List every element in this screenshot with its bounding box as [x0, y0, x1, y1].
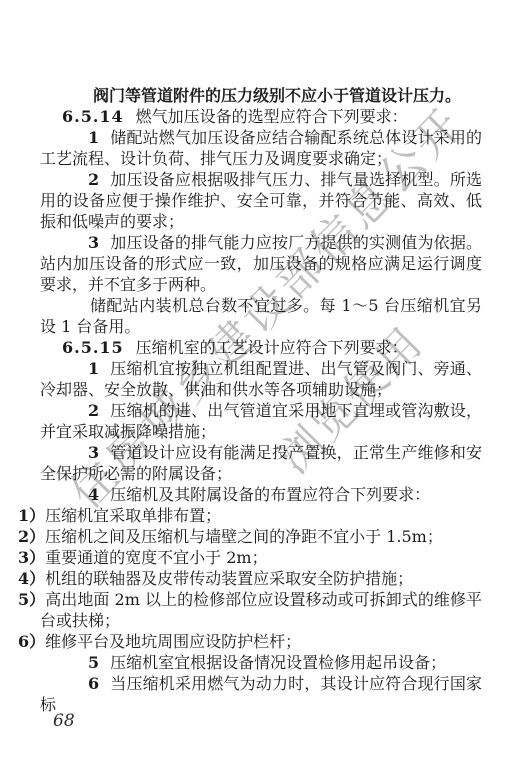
- subitem-text: 压缩机之间及压缩机与墙壁之间的净距不宜小于 1.5m；: [45, 527, 443, 546]
- subitem-number: 1）: [18, 506, 45, 525]
- clause-number: 6.5.14: [62, 107, 124, 126]
- subitem-text: 高出地面 2m 以上的检修部位应设置移动或可拆卸式的维修平台或扶梯；: [40, 590, 482, 630]
- clause-6-5-15-item-4-sub-3: 3）重要通道的宽度不宜小于 2m；: [40, 547, 482, 568]
- clause-6-5-14-item-3: 3加压设备的排气能力应按厂方提供的实测值为依据。站内加压设备的形式应一致，加压设…: [40, 232, 482, 295]
- item-number: 3: [88, 443, 99, 462]
- subitem-text: 机组的联轴器及皮带传动装置应采取安全防护措施；: [45, 569, 413, 588]
- item-number: 2: [88, 401, 99, 420]
- subitem-text: 压缩机宜采取单排布置；: [45, 506, 221, 525]
- item-number: 5: [88, 653, 99, 672]
- clause-6-5-15-item-3: 3管道设计应设有能满足投产置换，正常生产维修和安全保护所必需的附属设备；: [40, 442, 482, 484]
- subitem-number: 3）: [18, 548, 45, 567]
- item-number: 1: [88, 359, 99, 378]
- subitem-text: 维修平台及地坑周围应设防护栏杆；: [45, 632, 301, 651]
- item-number: 1: [88, 128, 99, 147]
- item-number: 2: [88, 170, 99, 189]
- item-number: 4: [88, 485, 99, 504]
- subitem-number: 2）: [18, 527, 45, 546]
- subitem-number: 5）: [18, 590, 45, 609]
- item-text: 压缩机及其附属设备的布置应符合下列要求：: [110, 485, 430, 504]
- clause-6-5-15-item-4-sub-2: 2）压缩机之间及压缩机与墙壁之间的净距不宜小于 1.5m；: [40, 526, 482, 547]
- clause-6-5-15-item-4-sub-1: 1）压缩机宜采取单排布置；: [40, 505, 482, 526]
- clause-6-5-14-note: 储配站内装机总台数不宜过多。每 1～5 台压缩机宜另设 1 台备用。: [40, 295, 482, 337]
- item-text: 加压设备的排气能力应按厂方提供的实测值为依据。站内加压设备的形式应一致，加压设备…: [40, 233, 482, 294]
- clause-6-5-15-item-4-sub-6: 6）维修平台及地坑周围应设防护栏杆；: [40, 631, 482, 652]
- item-text: 加压设备应根据吸排气压力、排气量选择机型。所选用的设备应便于操作维护、安全可靠，…: [40, 170, 482, 231]
- item-number: 6: [88, 674, 99, 693]
- clause-6-5-15-item-5: 5压缩机室宜根据设备情况设置检修用起吊设备；: [40, 652, 482, 673]
- clause-number: 6.5.15: [62, 338, 124, 357]
- document-page: 住房城乡建设部信息公开 浏览使用 阀门等管道附件的压力级别不应小于管道设计压力。…: [0, 0, 529, 766]
- clause-text: 压缩机室的工艺设计应符合下列要求：: [136, 338, 408, 357]
- clause-6-5-15-item-4-sub-5: 5）高出地面 2m 以上的检修部位应设置移动或可拆卸式的维修平台或扶梯；: [40, 589, 482, 631]
- clause-6-5-15-item-4-sub-4: 4）机组的联轴器及皮带传动装置应采取安全防护措施；: [40, 568, 482, 589]
- clause-6-5-15-title: 6.5.15压缩机室的工艺设计应符合下列要求：: [40, 337, 482, 358]
- item-text: 压缩机宜按独立机组配置进、出气管及阀门、旁通、冷却器、安全放散、供油和供水等各项…: [40, 359, 482, 399]
- subitem-number: 6）: [18, 632, 45, 651]
- subitem-number: 4）: [18, 569, 45, 588]
- item-text: 管道设计应设有能满足投产置换，正常生产维修和安全保护所必需的附属设备；: [40, 443, 482, 483]
- clause-6-5-15-item-6: 6当压缩机采用燃气为动力时，其设计应符合现行国家标: [40, 673, 482, 715]
- item-text: 储配站燃气加压设备应结合输配系统总体设计采用的工艺流程、设计负荷、排气压力及调度…: [40, 128, 482, 168]
- clause-6-5-15-item-1: 1压缩机宜按独立机组配置进、出气管及阀门、旁通、冷却器、安全放散、供油和供水等各…: [40, 358, 482, 400]
- page-number: 68: [53, 711, 75, 731]
- item-text: 压缩机的进、出气管道宜采用地下直埋或管沟敷设，并宜采取减振降噪措施；: [40, 401, 482, 441]
- clause-heading-valve-pressure: 阀门等管道附件的压力级别不应小于管道设计压力。: [40, 85, 482, 106]
- item-text: 压缩机室宜根据设备情况设置检修用起吊设备；: [110, 653, 446, 672]
- subitem-text: 重要通道的宽度不宜小于 2m；: [45, 548, 267, 567]
- item-number: 3: [88, 233, 99, 252]
- clause-6-5-15-item-4: 4压缩机及其附属设备的布置应符合下列要求：: [40, 484, 482, 505]
- clause-6-5-14-title: 6.5.14燃气加压设备的选型应符合下列要求：: [40, 106, 482, 127]
- document-text-block: 阀门等管道附件的压力级别不应小于管道设计压力。 6.5.14燃气加压设备的选型应…: [0, 85, 529, 715]
- clause-6-5-14-item-1: 1储配站燃气加压设备应结合输配系统总体设计采用的工艺流程、设计负荷、排气压力及调…: [40, 127, 482, 169]
- item-text: 当压缩机采用燃气为动力时，其设计应符合现行国家标: [40, 674, 482, 714]
- clause-6-5-15-item-2: 2压缩机的进、出气管道宜采用地下直埋或管沟敷设，并宜采取减振降噪措施；: [40, 400, 482, 442]
- clause-6-5-14-item-2: 2加压设备应根据吸排气压力、排气量选择机型。所选用的设备应便于操作维护、安全可靠…: [40, 169, 482, 232]
- clause-text: 燃气加压设备的选型应符合下列要求：: [136, 107, 408, 126]
